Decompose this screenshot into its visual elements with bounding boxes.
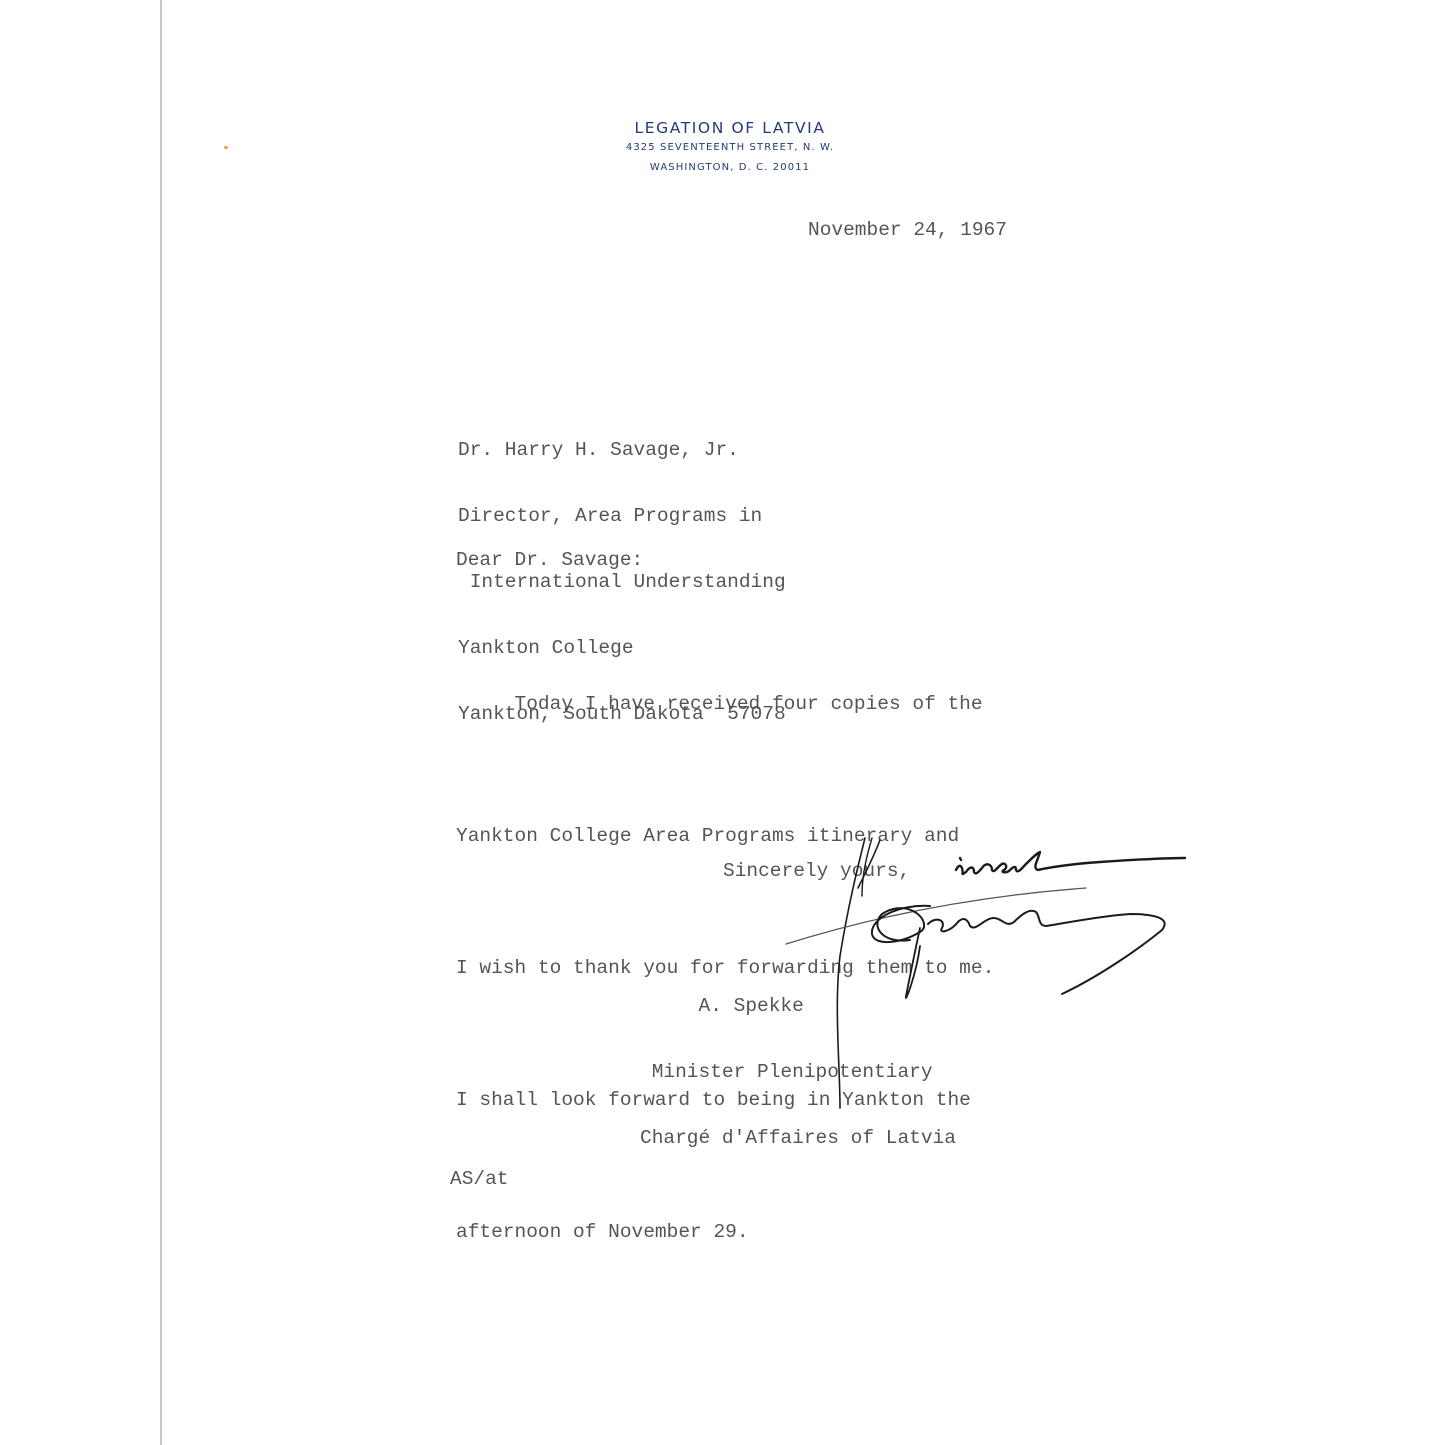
body-line: Today I have received four copies of the [456, 682, 994, 726]
letterhead-city: WASHINGTON, D. C. 20011 [560, 158, 900, 178]
recipient-line: International Understanding [458, 571, 786, 593]
paper-speck [224, 146, 228, 149]
letterhead-organization: LEGATION OF LATVIA [560, 118, 900, 138]
handwritten-signature [770, 836, 1200, 1116]
body-line: afternoon of November 29. [456, 1210, 994, 1254]
letterhead-street: 4325 SEVENTEENTH STREET, N. W. [560, 138, 900, 158]
signatory-office: Chargé d'Affaires of Latvia [640, 1127, 956, 1149]
letter-date: November 24, 1967 [808, 219, 1007, 241]
page-edge-line [160, 0, 162, 1445]
recipient-line: Dr. Harry H. Savage, Jr. [458, 439, 786, 461]
salutation: Dear Dr. Savage: [456, 549, 643, 571]
recipient-line: Director, Area Programs in [458, 505, 786, 527]
letterhead: LEGATION OF LATVIA 4325 SEVENTEENTH STRE… [560, 118, 900, 178]
reference-initials: AS/at [450, 1168, 509, 1190]
handwritten-indeed [956, 852, 1185, 874]
